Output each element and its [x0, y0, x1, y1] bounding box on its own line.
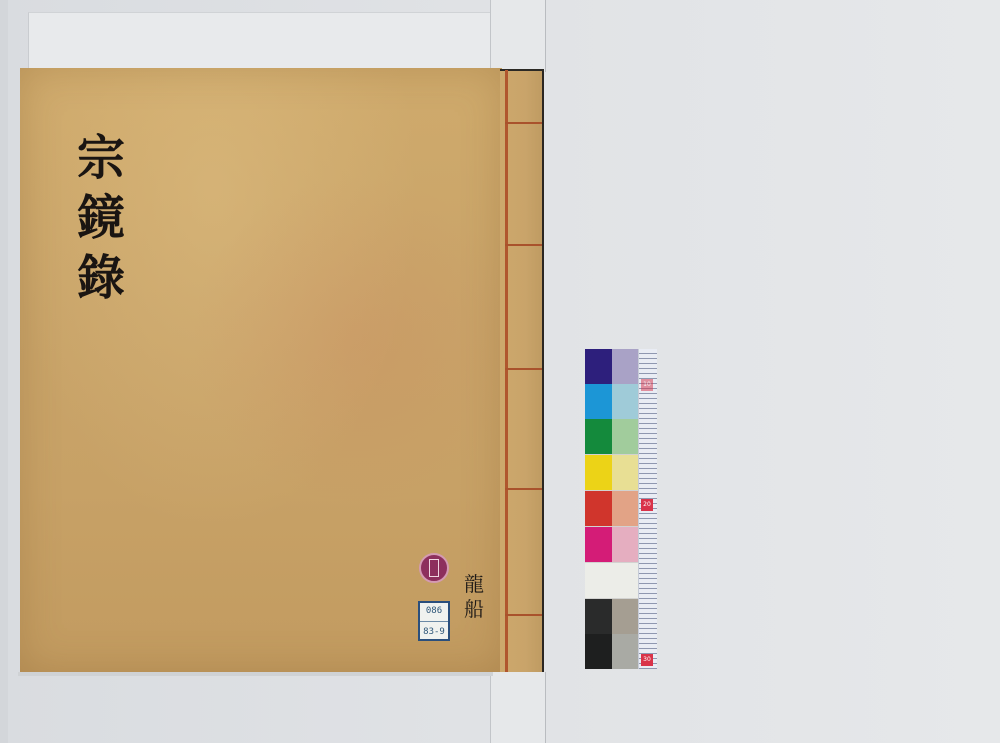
color-patch [612, 349, 639, 384]
measuring-ruler: 10 20 30 [638, 349, 657, 669]
signature: 龍 船 [459, 572, 489, 622]
color-patch [585, 455, 612, 490]
catalog-subnumber: 83-9 [423, 627, 445, 637]
binding-stitch [505, 368, 542, 370]
ruler-mark: 20 [641, 499, 653, 511]
cover-title: 宗 鏡 錄 [66, 128, 136, 308]
binding-stitch [505, 122, 542, 124]
backing-sheet-top [490, 0, 546, 72]
color-patch [612, 455, 639, 490]
title-char: 宗 [66, 128, 136, 188]
cover-shadow [18, 672, 493, 676]
color-patch [612, 419, 639, 454]
ruler-mark: 30 [641, 654, 653, 666]
color-calibration-chart [585, 349, 639, 669]
color-patch [585, 634, 612, 669]
title-char: 鏡 [66, 188, 136, 248]
color-patch [585, 349, 612, 384]
color-patch [612, 527, 639, 562]
binding-stitch [505, 488, 542, 490]
signature-char: 龍 [459, 572, 489, 597]
color-patch [585, 599, 612, 634]
title-char: 錄 [66, 248, 136, 308]
ruler-mark: 10 [641, 379, 653, 391]
color-patch [585, 527, 612, 562]
catalog-label: 086 83-9 [418, 601, 450, 641]
catalog-number: 086 [426, 606, 442, 616]
backing-sheet-bottom [490, 672, 546, 743]
color-patch [612, 599, 639, 634]
binding-stitch [505, 614, 542, 616]
left-sheet-edge [0, 0, 8, 743]
binding-thread-vertical [505, 70, 508, 672]
color-patch [585, 491, 612, 526]
color-patch [612, 384, 639, 419]
color-patch [585, 384, 612, 419]
binding-stitch [505, 244, 542, 246]
color-patch [612, 634, 639, 669]
color-patch [585, 419, 612, 454]
color-patch [585, 563, 639, 598]
signature-char: 船 [459, 597, 489, 622]
library-seal-icon [419, 553, 449, 583]
color-patch [612, 491, 639, 526]
backing-paper [28, 12, 499, 75]
